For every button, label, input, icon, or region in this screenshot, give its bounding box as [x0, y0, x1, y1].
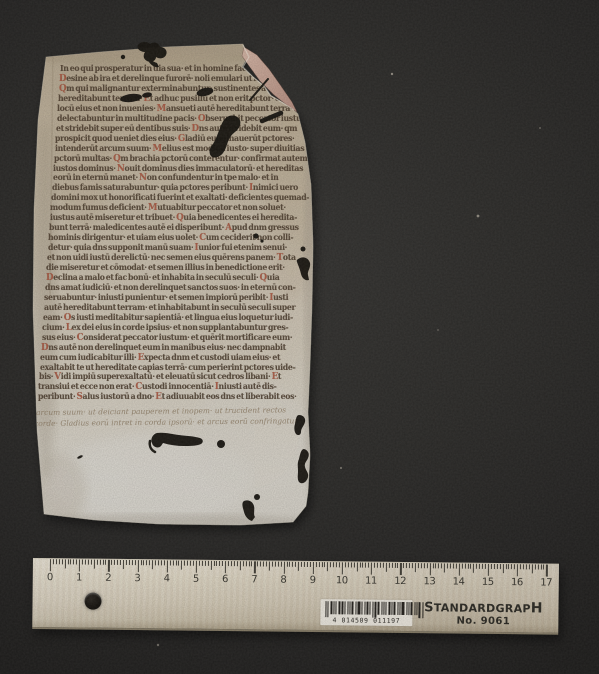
- text-segment: hereditabunt terram·: [58, 93, 143, 103]
- text-segment: transiui et ecce non erat·: [38, 381, 135, 391]
- text-segment: autē hereditabunt terram· et inhabitabun…: [44, 302, 295, 312]
- ruler-tick: [281, 562, 282, 567]
- text-segment: usti: [273, 292, 288, 302]
- ruler-tick: [199, 561, 200, 566]
- ruler-tick: [526, 564, 527, 569]
- ruler-tick: [228, 561, 229, 566]
- ruler-tick: [441, 563, 442, 568]
- text-segment: seruabuntur· iniusti punientur· et semen…: [44, 292, 269, 302]
- ruler-tick: [500, 564, 501, 569]
- ruler-tick: [62, 559, 63, 564]
- ruler-tick: [108, 560, 109, 572]
- text-segment: peribunt·: [38, 391, 77, 401]
- ruler-tick: [394, 563, 395, 568]
- ruler-tick: [327, 562, 328, 571]
- ruler-tick: [143, 560, 144, 565]
- barcode-bar: [357, 602, 360, 615]
- ruler-number: 9: [303, 575, 323, 586]
- ruler-tick: [64, 559, 65, 568]
- text-segment: t: [278, 371, 281, 381]
- ruler-tick: [427, 563, 428, 568]
- ruler-tick: [543, 565, 544, 570]
- ruler-tick: [456, 564, 457, 569]
- ruler-tick: [289, 562, 290, 567]
- barcode-bar: [327, 601, 328, 617]
- ruler-tick: [505, 564, 506, 569]
- ruler-tick: [432, 563, 433, 568]
- text-segment: domini mox ut honorificati fuerint et ex…: [51, 192, 309, 202]
- ruler-tick: [155, 560, 156, 565]
- manuscript-line: domini mox ut honorificati fuerint et ex…: [51, 193, 309, 202]
- ruler-tick: [485, 564, 486, 569]
- ruler-tick: [100, 560, 101, 565]
- ruler-tick: [79, 559, 80, 571]
- ruler-tick: [342, 562, 343, 574]
- ruler-tick: [193, 561, 194, 566]
- ruler-tick: [88, 560, 89, 565]
- ruler-number: 3: [127, 573, 147, 584]
- manuscript-line: die miseretur et cōmodat· et semen illiu…: [46, 263, 285, 272]
- barcode-bar: [377, 602, 379, 615]
- text-segment: eam·: [43, 312, 64, 322]
- barcode-bar: [397, 602, 398, 615]
- manuscript-line: exaltabit te ut hereditate capias terrā·…: [40, 363, 295, 372]
- ruler-tick: [324, 562, 325, 567]
- brand-letter: H: [531, 600, 543, 616]
- ruler-tick: [146, 560, 147, 565]
- ruler-tick: [339, 562, 340, 567]
- ruler-tick: [362, 563, 363, 568]
- ruler-number: 16: [507, 577, 527, 588]
- ruler-tick: [275, 562, 276, 567]
- ruler-tick: [368, 563, 369, 568]
- ruler-tick: [304, 562, 305, 567]
- ruler-tick: [520, 564, 521, 569]
- barcode-bar: [361, 602, 362, 615]
- text-segment: m brachia pctorū conterentur· confirmat …: [120, 153, 307, 163]
- text-segment: ns autē non derelinquet eum in manibus e…: [48, 342, 286, 352]
- ruler-tick: [210, 561, 211, 570]
- ruler-tick: [465, 564, 466, 569]
- text-segment: t adiuuabit eos dns et liberabit eos·: [161, 391, 296, 401]
- ruler-tick: [181, 561, 182, 570]
- text-segment: bunt terrā· maledicentes autē ei disperi…: [49, 222, 225, 232]
- ruler-tick: [91, 560, 92, 565]
- ruler-tick: [333, 562, 334, 567]
- text-segment: pctorū multas·: [54, 153, 113, 163]
- ruler-number: 4: [157, 573, 177, 584]
- text-segment: s iusti meditabitur sapientiā· et lingua…: [71, 312, 293, 322]
- text-segment: exaltabit te ut hereditate capias terrā·…: [40, 362, 295, 372]
- text-segment: niusti autē dis-: [219, 381, 277, 391]
- ruler-tick: [114, 560, 115, 565]
- ruler-tick: [149, 560, 150, 565]
- barcode-bar: [410, 602, 412, 615]
- ruler-tick: [316, 562, 317, 567]
- text-segment: eclina a malo et fac bonū· et inhabita i…: [53, 272, 259, 282]
- ruler-tick: [120, 560, 121, 565]
- ruler-tick: [453, 564, 454, 569]
- barcode-bar: [351, 601, 353, 614]
- ruler-tick: [383, 563, 384, 568]
- photo-background: In eo qui prosperatur in uia sua· et in …: [0, 0, 599, 674]
- barcode-bar: [383, 602, 384, 615]
- ruler-number: 13: [419, 576, 439, 587]
- ruler-number: 1: [69, 572, 89, 583]
- text-segment: ex dei eius in corde ipsius· et non supp…: [72, 322, 289, 332]
- text-segment: elius est modicū iusto· super diuitias: [161, 143, 303, 153]
- ruler-tick: [234, 561, 235, 566]
- ruler-tick: [424, 563, 425, 568]
- barcode-bar: [333, 601, 334, 614]
- text-segment: ustodi innocentiā·: [142, 381, 215, 391]
- ruler-tick: [535, 564, 536, 569]
- text-segment: bseruabit peccator iustum·: [205, 113, 311, 123]
- ruler-tick: [491, 564, 492, 569]
- ruler-tick: [310, 562, 311, 567]
- ruler-tick: [152, 560, 153, 569]
- ruler-tick: [345, 562, 346, 567]
- barcode-bar: [391, 602, 392, 615]
- text-segment: et non uidi iustū derelictū· nec semen e…: [47, 252, 277, 262]
- ruler-tick: [53, 559, 54, 564]
- ruler-tick: [272, 562, 273, 567]
- barcode: 4 014509 011197: [320, 599, 412, 626]
- ruler-tick: [123, 560, 124, 569]
- ruler-tick: [208, 561, 209, 566]
- ruler-tick: [301, 562, 302, 567]
- ruler-tick: [403, 563, 404, 568]
- ruler-tick: [67, 559, 68, 564]
- ruler-tick: [476, 564, 477, 569]
- barcode-bar: [330, 601, 332, 614]
- barcode-bar: [416, 602, 417, 615]
- ruler-number: 6: [215, 574, 235, 585]
- barcode-bar: [406, 602, 407, 615]
- text-segment: iustos dominus·: [53, 163, 117, 173]
- ruler-tick: [313, 562, 314, 574]
- ruler-tick: [462, 564, 463, 569]
- text-segment: xpecta dnm et custodi uiam eius· et: [144, 352, 280, 362]
- ruler-tick: [263, 561, 264, 566]
- barcode-bar: [344, 601, 345, 614]
- ruler-tick: [164, 560, 165, 565]
- ruler-tick: [538, 564, 539, 569]
- ruler-tick: [251, 561, 252, 566]
- ruler-tick: [298, 562, 299, 571]
- ruler-tick: [167, 560, 168, 572]
- ruler-tick: [479, 564, 480, 569]
- ruler-tick: [102, 560, 103, 565]
- barcode-bar: [399, 602, 400, 615]
- ruler-tick: [354, 562, 355, 567]
- ruler-tick: [94, 560, 95, 569]
- ruler-tick: [222, 561, 223, 566]
- ruler-tick: [502, 564, 503, 573]
- ruler-tick: [397, 563, 398, 568]
- ruler-tick: [254, 561, 255, 573]
- ruler-tick: [184, 561, 185, 566]
- ruler-tick: [170, 560, 171, 565]
- ruler-tick: [295, 562, 296, 567]
- text-segment: hominis dirigentur· et uiam eius uolet·: [48, 232, 199, 242]
- ruler-tick: [190, 561, 191, 566]
- text-segment: modum fumus deficient·: [50, 202, 148, 212]
- ruler-tick: [105, 560, 106, 565]
- text-segment: ouit dominus dies immaculatorū· et hered…: [125, 163, 304, 173]
- ruler-tick: [132, 560, 133, 565]
- barcode-bar: [366, 602, 368, 615]
- text-segment: et stridebit super eū dentibus suis·: [56, 123, 192, 133]
- ruler-tick: [246, 561, 247, 566]
- barcode-bar: [414, 602, 415, 615]
- ruler-tick: [359, 563, 360, 568]
- barcode-bar: [355, 601, 356, 614]
- ruler-tick: [97, 560, 98, 565]
- barcode-bar: [325, 601, 326, 617]
- ruler-tick: [82, 560, 83, 565]
- ruler-tick: [380, 563, 381, 568]
- ruler-tick: [389, 563, 390, 568]
- text-segment: prospicit quod ueniet dies eius·: [55, 133, 178, 143]
- ruler-tick: [409, 563, 410, 568]
- ruler-tick: [374, 563, 375, 568]
- ruler-tick: [412, 563, 413, 568]
- ruler-tick: [292, 562, 293, 567]
- text-segment: ns autē irridebit eum· qm: [199, 123, 297, 133]
- text-segment: nimici uero: [253, 182, 298, 192]
- ruler-tick: [216, 561, 217, 566]
- ruler-tick: [546, 565, 547, 577]
- barcode-digits: 4 014509 011197: [320, 616, 412, 625]
- ruler-tick: [482, 564, 483, 569]
- ruler-tick: [511, 564, 512, 569]
- barcode-bar: [388, 602, 390, 615]
- text-segment: detur· quia dns supponit manū suam·: [48, 242, 195, 252]
- ruler-tick: [392, 563, 393, 568]
- ruler: 01234567891011121314151617 4 014509 0111…: [32, 558, 559, 635]
- ruler-tick: [117, 560, 118, 565]
- barcode-bar: [385, 602, 386, 615]
- ruler-tick: [248, 561, 249, 566]
- ruler-tick: [243, 561, 244, 566]
- ruler-tick: [225, 561, 226, 573]
- ruler-number: 7: [244, 574, 264, 585]
- manuscript-line: peribunt· Salus iustorū a dno· Et adiuua…: [38, 392, 297, 402]
- barcode-bar: [372, 602, 373, 618]
- brand-letter: TANDARDGRAP: [434, 601, 531, 615]
- text-segment: alus iustorū a dno·: [82, 391, 155, 401]
- ruler-tick: [450, 564, 451, 569]
- ruler-tick: [377, 563, 378, 568]
- text-segment: idi impiū superexaltatū· et eleuatū sicu…: [61, 371, 272, 381]
- barcode-bar: [364, 602, 365, 615]
- ruler-tick: [205, 561, 206, 566]
- ruler-tick: [459, 564, 460, 576]
- barcode-bar: [341, 601, 343, 614]
- ruler-tick: [278, 562, 279, 567]
- barcode-bar: [347, 601, 348, 614]
- ruler-tick: [135, 560, 136, 565]
- text-segment: um ceciderit non colli-: [206, 232, 293, 242]
- ruler-tick: [532, 564, 533, 573]
- ruler-tick: [50, 559, 51, 571]
- text-segment: die miseretur et cōmodat· et semen illiu…: [46, 262, 285, 272]
- ruler-tick: [473, 564, 474, 573]
- text-segment: utuabitur peccator et non soluet·: [158, 202, 287, 212]
- text-segment: ansueti autē hereditabunt terrā· et: [166, 103, 301, 113]
- manuscript-addendum-line: arcum suum· ut deiciant pauperem et inop…: [36, 405, 286, 417]
- ruler-tick: [540, 564, 541, 569]
- brand-block: STANDARDGRAPH No. 9061: [420, 601, 546, 627]
- ruler-tick: [529, 564, 530, 569]
- ruler-tick: [126, 560, 127, 565]
- barcode-bar: [369, 602, 370, 615]
- ruler-tick: [348, 562, 349, 567]
- ruler-tick: [307, 562, 308, 567]
- ruler-tick: [438, 563, 439, 568]
- text-segment: intenderūt arcum suum·: [55, 143, 153, 153]
- text-segment: uia: [267, 272, 280, 282]
- text-segment: unior fui etenim senui·: [198, 242, 287, 252]
- barcode-bar: [335, 601, 336, 614]
- ruler-tick: [365, 563, 366, 568]
- text-segment: dns amat iudiciū· et non derelinquet san…: [45, 282, 295, 292]
- text-segment: delectabuntur in multitudine pacis·: [57, 113, 198, 123]
- ruler-tick: [494, 564, 495, 569]
- ruler-tick: [175, 561, 176, 566]
- rubric-initial: S: [76, 392, 82, 402]
- ruler-tick: [415, 563, 416, 572]
- ruler-tick: [283, 562, 284, 574]
- ruler-hole: [84, 593, 101, 610]
- text-segment: sus eius·: [42, 332, 77, 342]
- text-segment: ota: [283, 252, 296, 262]
- ruler-tick: [237, 561, 238, 566]
- ruler-tick: [517, 564, 518, 576]
- ruler-tick: [158, 560, 159, 565]
- text-segment: pud dnm gressus: [232, 222, 299, 232]
- text-segment: uia benedicentes ei heredita-: [183, 212, 297, 222]
- ruler-tick: [219, 561, 220, 566]
- manuscript-line: dns amat iudiciū· et non derelinquet san…: [45, 283, 295, 292]
- barcode-bar: [374, 602, 376, 618]
- ruler-tick: [73, 559, 74, 564]
- barcode-bar: [338, 601, 340, 614]
- text-segment: diebus famis saturabuntur· quia pctores …: [52, 182, 249, 192]
- ruler-number: 2: [98, 573, 118, 584]
- ruler-tick: [497, 564, 498, 569]
- barcode-bar: [401, 602, 404, 615]
- ruler-tick: [187, 561, 188, 566]
- ruler-tick: [140, 560, 141, 565]
- ruler-tick: [418, 563, 419, 568]
- ruler-tick: [286, 562, 287, 567]
- ruler-tick: [435, 563, 436, 568]
- ruler-tick: [470, 564, 471, 569]
- ruler-tick: [371, 563, 372, 575]
- ruler-number: 10: [332, 575, 352, 586]
- ruler-tick: [421, 563, 422, 568]
- ruler-tick: [213, 561, 214, 566]
- text-segment: cium·: [42, 322, 66, 332]
- ruler-number: 11: [361, 576, 381, 587]
- text-segment: onsiderat peccator iustum· et quērit mor…: [83, 332, 292, 342]
- text-segment: iustus autē miseretur et tribuet·: [50, 212, 176, 222]
- ruler-tick: [321, 562, 322, 567]
- text-segment: bis·: [39, 371, 54, 381]
- ruler-tick: [137, 560, 138, 572]
- ruler-tick: [351, 562, 352, 567]
- text-segment: ladiū euaginauerūt pctores·: [185, 133, 294, 143]
- ruler-tick: [59, 559, 60, 564]
- brand-letter: S: [424, 600, 434, 615]
- text-segment: eorū in eternū manet·: [53, 172, 139, 182]
- ruler-tick: [319, 562, 320, 567]
- ruler-tick: [196, 561, 197, 573]
- ruler-number: 14: [449, 576, 469, 587]
- barcode-bar: [393, 602, 395, 615]
- ruler-tick: [447, 563, 448, 568]
- text-segment: locū eius et non inuenies·: [57, 103, 157, 113]
- ruler-tick: [231, 561, 232, 566]
- ruler-tick: [429, 563, 430, 575]
- text-segment: eum cum iudicabitur illi·: [40, 352, 138, 362]
- ruler-tick: [161, 560, 162, 565]
- text-segment: on confundentur in tpe malo· et in: [146, 172, 278, 182]
- ruler-tick: [240, 561, 241, 570]
- ruler-tick: [514, 564, 515, 569]
- manuscript-addendum-line: corde· Gladius eorū intret in corda ipso…: [34, 416, 300, 428]
- ruler-tick: [76, 559, 77, 564]
- barcode-bar: [381, 602, 382, 615]
- ruler-tick: [202, 561, 203, 566]
- ruler-tick: [178, 561, 179, 566]
- ruler-tick: [508, 564, 509, 569]
- ruler-tick: [129, 560, 130, 565]
- ruler-tick: [111, 560, 112, 565]
- ruler-tick: [257, 561, 258, 566]
- ruler-number: 12: [390, 576, 410, 587]
- model-label: No. 9061: [420, 615, 546, 627]
- ruler-number: 8: [273, 575, 293, 586]
- ruler-tick: [400, 563, 401, 575]
- ruler-tick: [330, 562, 331, 567]
- ruler-number: 5: [186, 574, 206, 585]
- brand-label: STANDARDGRAPH: [420, 601, 546, 615]
- ruler-number: 17: [536, 577, 556, 588]
- ruler-tick: [173, 561, 174, 566]
- ruler-tick: [406, 563, 407, 568]
- ruler-tick: [386, 563, 387, 572]
- ruler-tick: [70, 559, 71, 564]
- ruler-tick: [269, 562, 270, 571]
- barcode-bar: [408, 602, 409, 615]
- ruler-tick: [56, 559, 57, 564]
- ruler-tick: [336, 562, 337, 567]
- ruler-tick: [444, 563, 445, 572]
- manuscript-line: autē hereditabunt terram· et inhabitabun…: [44, 303, 295, 312]
- ruler-tick: [260, 561, 261, 566]
- ruler-tick: [488, 564, 489, 576]
- barcode-bar: [349, 601, 350, 614]
- ruler-tick: [356, 563, 357, 572]
- ruler-tick: [467, 564, 468, 569]
- ruler-tick: [266, 562, 267, 567]
- ruler-number: 0: [40, 572, 60, 583]
- ruler-tick: [523, 564, 524, 569]
- ruler-tick: [85, 560, 86, 565]
